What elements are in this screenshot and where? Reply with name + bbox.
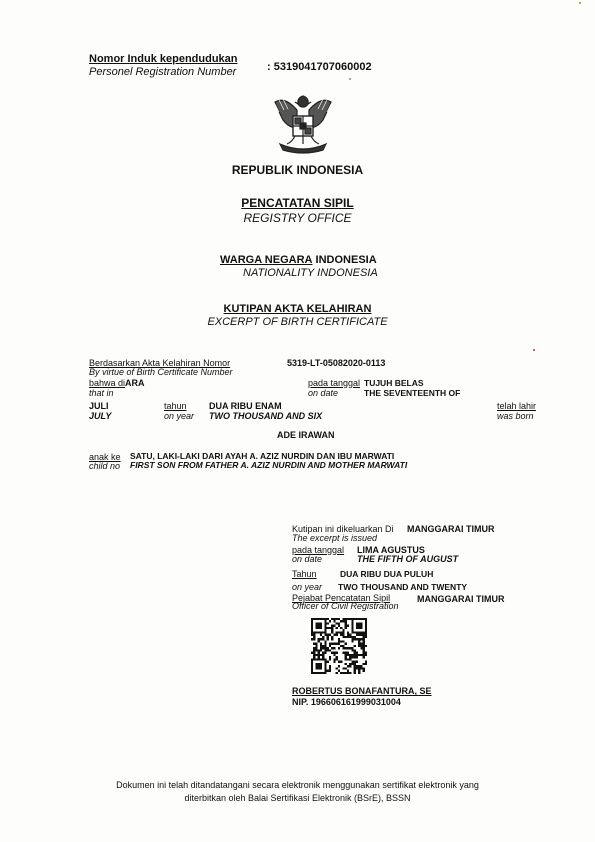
country-title: REPUBLIK INDONESIA	[0, 163, 595, 177]
footer-line-2: diterbitkan oleh Balai Sertifikasi Elekt…	[0, 793, 595, 803]
child-order-label-en: child no	[89, 461, 120, 471]
issued-label-en: The excerpt is issued	[292, 533, 377, 543]
officer-nip: NIP. 196606161999031004	[292, 697, 401, 707]
birth-date-label: pada tanggal	[308, 378, 360, 388]
nationality-value: INDONESIA	[316, 254, 377, 266]
office-title: PENCATATAN SIPIL	[0, 196, 595, 210]
cert-number-value: 5319-LT-05082020-0113	[287, 358, 385, 368]
officer-region: MANGGARAI TIMUR	[417, 594, 505, 604]
nationality-label: WARGA NEGARA	[220, 254, 312, 266]
office-title-en: REGISTRY OFFICE	[0, 211, 595, 225]
place-value: ARA	[125, 378, 145, 388]
nik-label: Nomor Induk kependudukan	[89, 53, 238, 66]
place-label: bahwa di	[89, 378, 125, 388]
scan-speck	[533, 349, 535, 351]
document-title: KUTIPAN AKTA KELAHIRAN	[0, 303, 595, 316]
birth-date-value: TUJUH BELAS	[364, 379, 424, 388]
footer-line-1: Dokumen ini telah ditandatangani secara …	[0, 780, 595, 790]
birth-year-label: tahun	[164, 401, 187, 411]
scan-speck	[579, 2, 581, 4]
issued-date-value-en: THE FIFTH OF AUGUST	[357, 554, 458, 564]
birth-month-value: JULI	[89, 401, 109, 411]
issued-year-value: DUA RIBU DUA PULUH	[340, 570, 433, 579]
document-title-en: EXCERPT OF BIRTH CERTIFICATE	[0, 316, 595, 329]
nationality-line: WARGA NEGARA INDONESIA	[220, 254, 377, 267]
birth-date-value-en: THE SEVENTEENTH OF	[364, 389, 460, 398]
cert-number-label-en: By virtue of Birth Certificate Number	[89, 367, 233, 377]
place-label-en: that in	[89, 388, 114, 398]
birth-month-value-en: JULY	[89, 411, 111, 421]
birth-year-label-en: on year	[164, 411, 194, 421]
garuda-pancasila-emblem-icon	[268, 92, 338, 158]
issued-place-value: MANGGARAI TIMUR	[407, 524, 495, 534]
issued-date-label-en: on date	[292, 554, 322, 564]
born-label-en: was born	[497, 411, 534, 421]
officer-label-en: Officer of Civil Registration	[292, 601, 399, 611]
birth-date-label-en: on date	[308, 388, 338, 398]
child-name: ADE IRAWAN	[277, 430, 335, 440]
nik-label-en: Personel Registration Number	[89, 66, 236, 79]
birth-year-value-en: TWO THOUSAND AND SIX	[209, 411, 322, 421]
issued-year-label-en: on year	[292, 582, 322, 592]
child-order-value-en: FIRST SON FROM FATHER A. AZIZ NURDIN AND…	[130, 461, 407, 470]
birth-year-value: DUA RIBU ENAM	[209, 401, 282, 411]
scan-speck	[349, 78, 351, 80]
officer-name: ROBERTUS BONAFANTURA, SE	[292, 686, 432, 696]
nationality-en: NATIONALITY INDONESIA	[243, 267, 378, 280]
issued-year-value-en: TWO THOUSAND AND TWENTY	[338, 583, 467, 592]
nik-value: : 5319041707060002	[267, 61, 372, 74]
qr-code-icon[interactable]	[311, 618, 367, 674]
place-line: bahwa diARA	[89, 378, 145, 388]
born-label: telah lahir	[497, 401, 536, 411]
issued-year-label: Tahun	[292, 569, 317, 579]
